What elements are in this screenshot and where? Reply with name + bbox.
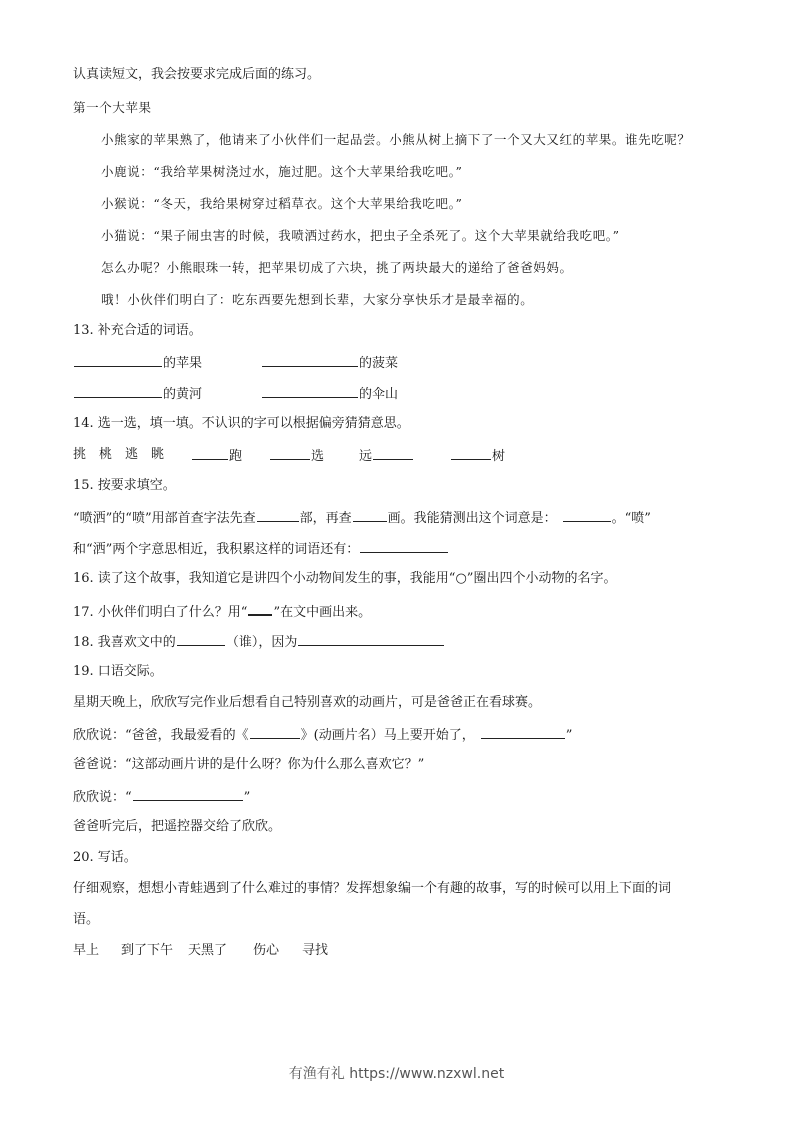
question-19-dad-line: 爸爸说：“这部动画片讲的是什么呀？你为什么那么喜欢它？” bbox=[73, 756, 424, 774]
fill-blank[interactable] bbox=[451, 446, 491, 460]
text: 欣欣说：“爸爸，我最爱看的《 bbox=[73, 728, 249, 743]
question-15-line-2: 和“洒”两个字意思相近，我积累这样的词语还有： bbox=[73, 539, 449, 559]
question-20-text: 仔细观察，想想小青蛙遇到了什么难过的事情？发挥想象编一个有趣的故事，写的时候可以… bbox=[73, 880, 671, 898]
text: 部，再查 bbox=[300, 511, 352, 526]
blank-suffix: 的伞山 bbox=[359, 387, 398, 402]
question-20-text-cont: 语。 bbox=[73, 911, 99, 929]
text: 。“喷” bbox=[612, 511, 651, 526]
word-item: 寻找 bbox=[302, 942, 328, 960]
question-20-prompt: 20. 写话。 bbox=[73, 849, 137, 867]
question-15-line-1: “喷洒”的“喷”用部首查字法先查部，再查画。我能猜测出这个词意是：。“喷” bbox=[73, 508, 651, 528]
text: 18. 我喜欢文中的 bbox=[73, 635, 176, 650]
story-paragraph: 小熊家的苹果熟了，他请来了小伙伴们一起品尝。小熊从树上摘下了一个又大又红的苹果。… bbox=[101, 131, 691, 149]
blank-prefix: 远 bbox=[359, 449, 372, 464]
question-14-prompt: 14. 选一选，填一填。不认识的字可以根据偏旁猜猜意思。 bbox=[73, 415, 410, 433]
text: 和“洒”两个字意思相近，我积累这样的词语还有： bbox=[73, 542, 359, 557]
underline-mark bbox=[248, 601, 272, 616]
question-13-prompt: 13. 补充合适的词语。 bbox=[73, 322, 202, 340]
blank-suffix: 跑 bbox=[229, 449, 242, 464]
story-paragraph: 小猴说：“冬天，我给果树穿过稻草衣。这个大苹果给我吃吧。” bbox=[101, 195, 462, 213]
intro-instruction: 认真读短文，我会按要求完成后面的练习。 bbox=[73, 66, 320, 84]
fill-blank[interactable] bbox=[262, 384, 358, 398]
question-17-prompt: 17. 小伙伴们明白了什么？用“”在文中画出来。 bbox=[73, 601, 371, 622]
question-13-row-1: 的苹果 的菠菜 bbox=[73, 353, 773, 373]
text: ” bbox=[566, 728, 573, 743]
blank-suffix: 的菠菜 bbox=[359, 356, 398, 371]
word-item: 早上 bbox=[73, 942, 99, 960]
story-title: 第一个大苹果 bbox=[73, 99, 152, 117]
word-item: 伤心 bbox=[253, 942, 279, 960]
fill-blank[interactable] bbox=[74, 384, 162, 398]
fill-blank[interactable] bbox=[74, 353, 162, 367]
fill-blank[interactable] bbox=[270, 446, 310, 460]
footer-watermark: 有渔有礼 https://www.nzxwl.net bbox=[0, 1063, 793, 1083]
blank-suffix: 树 bbox=[492, 449, 505, 464]
fill-blank[interactable] bbox=[563, 508, 611, 522]
word-item: 天黑了 bbox=[188, 942, 227, 960]
fill-blank[interactable] bbox=[481, 725, 565, 739]
text: ”在文中画出来。 bbox=[273, 605, 371, 620]
story-paragraph: 小鹿说：“我给苹果树浇过水，施过肥。这个大苹果给我吃吧。” bbox=[101, 163, 462, 181]
question-18-prompt: 18. 我喜欢文中的（谁），因为 bbox=[73, 632, 445, 652]
fill-blank[interactable] bbox=[192, 446, 228, 460]
fill-blank[interactable] bbox=[133, 787, 243, 801]
fill-blank[interactable] bbox=[262, 353, 358, 367]
question-20-word-list: 早上 到了下午 天黑了 伤心 寻找 bbox=[73, 942, 473, 960]
question-19-xinxin-line-2: 欣欣说：“” bbox=[73, 787, 250, 807]
fill-blank[interactable] bbox=[353, 508, 387, 522]
story-paragraph: 哦！小伙伴们明白了：吃东西要先想到长辈，大家分享快乐才是最幸福的。 bbox=[101, 291, 533, 309]
question-14-row: 挑 桃 逃 眺 跑 选 远 树 bbox=[73, 446, 773, 464]
text: 》(动画片名）马上要开始了， bbox=[301, 728, 475, 743]
character-option: 眺 bbox=[151, 446, 164, 464]
text: 画。我能猜测出这个词意是： bbox=[388, 511, 557, 526]
fill-blank[interactable] bbox=[250, 725, 300, 739]
fill-blank[interactable] bbox=[177, 632, 225, 646]
character-option: 桃 bbox=[99, 446, 112, 464]
fill-blank[interactable] bbox=[373, 446, 413, 460]
question-19-scene: 星期天晚上，欣欣写完作业后想看自己特别喜欢的动画片，可是爸爸正在看球赛。 bbox=[73, 694, 541, 712]
question-13-row-2: 的黄河 的伞山 bbox=[73, 384, 773, 404]
text: 17. 小伙伴们明白了什么？用“ bbox=[73, 605, 247, 620]
fill-blank[interactable] bbox=[257, 508, 299, 522]
question-19-prompt: 19. 口语交际。 bbox=[73, 663, 163, 681]
question-19-xinxin-line-1: 欣欣说：“爸爸，我最爱看的《》(动画片名）马上要开始了，” bbox=[73, 725, 572, 745]
blank-suffix: 选 bbox=[311, 449, 324, 464]
text: 欣欣说：“ bbox=[73, 790, 132, 805]
fill-blank[interactable] bbox=[360, 539, 448, 553]
blank-suffix: 的苹果 bbox=[163, 356, 202, 371]
word-item: 到了下午 bbox=[121, 942, 173, 960]
text: “喷洒”的“喷”用部首查字法先查 bbox=[73, 511, 256, 526]
question-19-ending: 爸爸听完后，把遥控器交给了欣欣。 bbox=[73, 818, 281, 836]
story-paragraph: 怎么办呢？小熊眼珠一转，把苹果切成了六块，挑了两块最大的递给了爸爸妈妈。 bbox=[101, 259, 573, 277]
blank-suffix: 的黄河 bbox=[163, 387, 202, 402]
question-16-prompt: 16. 读了这个故事，我知道它是讲四个小动物间发生的事，我能用“○”圈出四个小动… bbox=[73, 570, 616, 588]
character-option: 挑 bbox=[73, 446, 86, 464]
text: （谁），因为 bbox=[226, 635, 298, 650]
character-option: 逃 bbox=[125, 446, 138, 464]
question-15-prompt: 15. 按要求填空。 bbox=[73, 477, 176, 495]
story-paragraph: 小猫说：“果子闹虫害的时候，我喷洒过药水，把虫子全杀死了。这个大苹果就给我吃吧。… bbox=[101, 227, 620, 245]
fill-blank[interactable] bbox=[298, 632, 444, 646]
text: ” bbox=[244, 790, 251, 805]
